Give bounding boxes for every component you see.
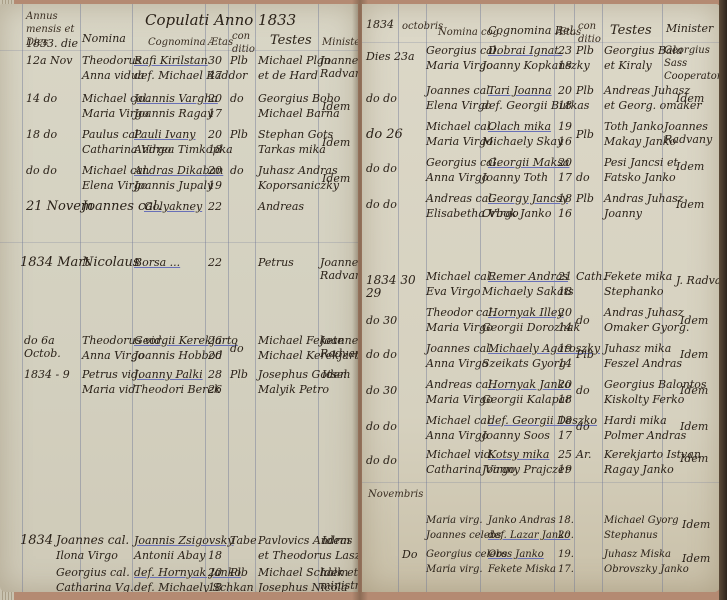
entry-minister: Idem (680, 452, 708, 465)
entry-age-groom: 20 (208, 164, 222, 177)
entry-surname-groom: Oros Janko (488, 548, 544, 561)
entry-witness: Malyik Petro (258, 383, 329, 396)
register-entry: do 26 Michael cal. Maria Virgo Olach mik… (362, 120, 720, 156)
register-entry: 1834 Mart Nicolaus Borsa ... 22 Petrus J… (0, 256, 358, 292)
entry-condition: Plb (230, 566, 248, 579)
entry-age-bride: 17 (208, 107, 222, 120)
header-witnesses: Testes (270, 34, 312, 47)
entry-date: do do (366, 454, 397, 467)
entry-surname-groom: Georgy Jancsy (488, 192, 568, 205)
entry-minister: Idem (322, 100, 350, 113)
entry-witness: Toth Janko (604, 120, 663, 133)
entry-surname-groom: def. Hornyak Janko (134, 566, 241, 579)
entry-witness: Fatsko Janko (604, 171, 676, 184)
entry-witness: Andras Juhasz (604, 192, 684, 205)
entry-bride: Anna Virgo (426, 429, 488, 442)
entry-condition: do (230, 92, 244, 105)
entry-witness: et de Hard (258, 69, 318, 82)
register-entry: do do Michael cal. Anna Virgo def. Georg… (362, 414, 720, 450)
register-entry: 18 do Paulus cal. Catharina Virgo Pauli … (0, 128, 358, 164)
entry-age-bride: 20 (208, 349, 222, 362)
register-entry: 1834 30 29 Michael cal. Eva Virgo Remer … (362, 270, 720, 306)
entry-minister: Georgius Sass Cooperator (664, 44, 718, 83)
entry-age-groom: 20 (558, 306, 572, 319)
entry-age-groom: 22 (208, 200, 222, 213)
entry-date: do do (366, 92, 397, 105)
entry-condition: Plb (230, 368, 248, 381)
header-minister: Minister (666, 22, 713, 35)
page-title: Copulati Anno 1833 (145, 14, 296, 27)
entry-witness: Juhasz mika (604, 342, 671, 355)
entry-surname-groom: Hornyak Illey (488, 306, 564, 319)
register-entry: do do Michael vid. Catharina Virgo Kotsy… (362, 448, 720, 484)
entry-condition: Plb (576, 128, 594, 141)
entry-date: do do (366, 162, 397, 175)
entry-age-groom: 26 (208, 334, 222, 347)
entry-witness: Kiskolty Ferko (604, 393, 684, 406)
header-month: octobris (402, 20, 443, 33)
entry-age-bride: 17. (558, 563, 574, 576)
entry-condition: do (230, 164, 244, 177)
entry-groom: Michael cal. (426, 414, 494, 427)
register-entry: 1834 Joannes cal. Ilona Virgo Joannis Zs… (0, 534, 358, 570)
entry-age-groom: 19 (558, 120, 572, 133)
entry-surname-bride: Fekete Miska (488, 563, 556, 576)
entry-witness: Stephanus (604, 529, 658, 542)
entry-condition: Plb (230, 128, 248, 141)
entry-witness: Ragay Janko (604, 463, 674, 476)
entry-age-bride: 17 (558, 171, 572, 184)
entry-surname-bride: def. Michael Raddor (134, 69, 247, 82)
entry-surname-bride: Antonii Abay (134, 549, 205, 562)
entry-age-groom: 20 (558, 84, 572, 97)
header-surnames: Cognomina (148, 36, 206, 49)
entry-witness: et Kiraly (604, 59, 652, 72)
register-entry: do 30 Theodor cal. Maria Virgo Hornyak I… (362, 306, 720, 342)
entry-witness: Joanny (604, 207, 642, 220)
entry-groom: Theodorus (82, 54, 141, 67)
entry-groom: Joannes cal. (426, 84, 493, 97)
entry-age-bride: 14 (558, 357, 572, 370)
entry-condition: Tabe (230, 534, 257, 547)
left-page: Annus mensis et Dies Copulati Anno 1833 … (0, 4, 358, 592)
entry-age-bride: 17 (558, 429, 572, 442)
entry-surname-groom: Dobrai Ignat. (488, 44, 562, 57)
register-entry: do 30 Andreas cal. Maria Virgo Hornyak J… (362, 378, 720, 414)
entry-age-bride: 16 (558, 135, 572, 148)
entry-minister: Idem (676, 92, 704, 105)
entry-condition: Ar. (576, 448, 592, 461)
entry-age-groom: 18. (558, 514, 574, 527)
register-entry: 1834 - 9 Petrus vid. Maria vid. Joanny P… (0, 368, 358, 404)
entry-age-bride: 18 (208, 143, 222, 156)
entry-surname-groom: Janko Andras (488, 514, 556, 527)
header-names: Nomina (82, 32, 126, 45)
register-entry: 14 do Michael cal. Maria Virgo Joannis V… (0, 92, 358, 128)
entry-groom: Maria virg. (426, 514, 483, 527)
header-witnesses: Testes (610, 24, 652, 37)
entry-surname-groom: Rafi Kirilstan (134, 54, 208, 67)
entry-surname-groom: Joannis Vargha (134, 92, 218, 105)
entry-age-groom: 22 (208, 256, 222, 269)
entry-bride: Ilona Virgo (56, 549, 118, 562)
entry-age-groom: 18 (558, 414, 572, 427)
entry-groom: Theodor cal. (426, 306, 496, 319)
entry-witness: Polmer Andras (604, 429, 686, 442)
register-entry: Maria virg. Joannes celebs Janko Andras … (362, 514, 720, 550)
entry-date: 1834 30 29 (366, 274, 422, 300)
entry-age-bride: 47 (208, 69, 222, 82)
entry-date: Dies 23a (366, 50, 415, 63)
entry-age-bride: 26 (208, 383, 222, 396)
entry-witness: Andreas (258, 200, 304, 213)
entry-age-groom: 20 (208, 92, 222, 105)
entry-age-bride: 19 (558, 463, 572, 476)
entry-surname-bride: def. Michaely Schkan (134, 581, 254, 592)
entry-date: do do (366, 420, 397, 433)
entry-age-bride: 18 (558, 99, 572, 112)
entry-minister: Idem (676, 160, 704, 173)
entry-witness: Michael Gyorg (604, 514, 679, 527)
entry-date: 1834 Mart (20, 256, 90, 269)
entry-surname-groom: Olach mika (488, 120, 551, 133)
entry-date: do 26 (366, 128, 403, 141)
entry-condition: do (576, 420, 590, 433)
entry-age-bride: 16 (558, 207, 572, 220)
entry-condition: do (576, 314, 590, 327)
entry-age-bride: 18 (208, 549, 222, 562)
entry-age-groom: 23 (558, 44, 572, 57)
entry-minister: Idem (680, 384, 708, 397)
entry-minister: Joannes Radvany (320, 54, 356, 80)
register-entry: do 6a Octob. Theodorus vid. Anna Virgo G… (0, 334, 358, 370)
entry-age-groom: 28 (208, 368, 222, 381)
right-page: 1834 octobris Nomina cog. Cognomina Rel.… (362, 4, 720, 592)
entry-age-groom: 20 (208, 566, 222, 579)
entry-age-groom: 20 (208, 128, 222, 141)
entry-witness: Fekete mika (604, 270, 672, 283)
entry-age-groom: 19. (558, 548, 574, 561)
register-entry: 12a Nov Theodorus Anna vidua Rafi Kirils… (0, 54, 358, 90)
entry-minister: Idem ministro (320, 566, 356, 592)
entry-minister: Idem (680, 314, 708, 327)
entry-date: 12a Nov (26, 54, 73, 67)
entry-date: do 30 (366, 384, 397, 397)
register-entry: do do Michael cal. Elena Virgo Andras Di… (0, 164, 358, 200)
entry-age-groom: 20 (558, 378, 572, 391)
entry-age-bride: 20. (558, 529, 574, 542)
entry-date: 1834 - 9 (24, 368, 70, 381)
entry-minister: Idem (322, 368, 350, 381)
entry-age-groom: 18 (558, 192, 572, 205)
register-entry: Dies 23a Georgius cal. Maria Virgo Dobra… (362, 44, 720, 80)
entry-witness: Hardi mika (604, 414, 667, 427)
entry-surname-bride: Joannis Jupaly (134, 179, 213, 192)
entry-minister: Idem (676, 198, 704, 211)
entry-date: 14 do (26, 92, 57, 105)
entry-groom: Michael vid. (426, 448, 494, 461)
entry-condition: do (230, 342, 244, 355)
month-label: Novembris (368, 488, 423, 501)
entry-groom: Georgius cal. (56, 566, 130, 579)
entry-surname-groom: Pauli Ivany (134, 128, 196, 141)
entry-minister: Joannes Radvany (320, 334, 356, 360)
entry-surname-groom: Borsa ... (134, 256, 180, 269)
entry-age-groom: 30 (208, 54, 222, 67)
entry-groom: Michael cal. (426, 270, 494, 283)
entry-witness: et Theodorus Laszko (258, 549, 358, 562)
entry-condition: Plb (576, 44, 594, 57)
entry-minister: Idem (680, 420, 708, 433)
entry-witness: Andras Juhasz (604, 306, 684, 319)
entry-groom: Petrus vid. (82, 368, 142, 381)
entry-witness: Tarkas mika (258, 143, 326, 156)
entry-date: Do (402, 548, 417, 561)
entry-groom: Nicolaus (82, 256, 140, 269)
entry-date: do do (366, 198, 397, 211)
entry-groom: Joannes cal. (426, 342, 493, 355)
entry-surname-bride: def. Georgii Butkas (482, 99, 589, 112)
entry-bride: Maria vid. (82, 383, 139, 396)
entry-surname-groom: Joannis Zsigovsky (134, 534, 234, 547)
entry-groom: Joannes cal. (56, 534, 129, 547)
header-year: 1833. die (26, 37, 78, 50)
header-age: Ætas (208, 36, 233, 49)
entry-surname-groom: Joanny Palki (134, 368, 203, 381)
entry-witness: Juhasz Miska (604, 548, 671, 561)
register-entry: do do Andreas cal. Elisabetha Virgo Geor… (362, 192, 720, 228)
entry-age-groom: 20 (558, 156, 572, 169)
book-cover-edge (719, 0, 727, 600)
entry-condition: Plb (576, 348, 594, 361)
ruling-line (362, 482, 720, 483)
entry-date: do 30 (366, 314, 397, 327)
entry-surname-groom: Remer Andras (488, 270, 568, 283)
register-entry: do do Joannes cal. Anna Virgo Michaely A… (362, 342, 720, 378)
entry-minister: Idem (682, 518, 710, 531)
entry-age-bride: 18 (558, 59, 572, 72)
entry-age-bride: 18 (558, 393, 572, 406)
entry-bride: Eva Virgo (426, 285, 481, 298)
entry-surname-groom: Golyakney (144, 200, 202, 213)
entry-surname-bride: Orbok Janko (482, 207, 551, 220)
register-entry: Georgius cal. Catharina Vg. def. Hornyak… (0, 566, 358, 592)
entry-age-bride: 14 (558, 321, 572, 334)
entry-condition: Cath. (576, 270, 606, 283)
entry-bride: Catharina Vg. (56, 581, 133, 592)
entry-date: do 6a Octob. (24, 334, 78, 360)
entry-witness: Stephanko (604, 285, 664, 298)
entry-witness: Pesi Jancsi et (604, 156, 678, 169)
entry-minister: Idem (322, 534, 350, 547)
entry-witness: Feszel Andras (604, 357, 682, 370)
entry-minister: Joannes Radvany (320, 256, 356, 282)
register-entry: Do Georgius celebs Maria virg. Oros Jank… (362, 548, 720, 584)
entry-date: 18 do (26, 128, 57, 141)
entry-minister: Joannes Radvany (664, 120, 718, 146)
entry-condition: Plb (576, 84, 594, 97)
entry-surname-bride: Joanny Prajczer (482, 463, 570, 476)
entry-witness: Petrus (258, 256, 294, 269)
entry-date: do do (26, 164, 57, 177)
entry-condition: do (576, 384, 590, 397)
entry-surname-groom: Tari Joanna (488, 84, 552, 97)
entry-surname-groom: Kotsy mika (488, 448, 550, 461)
ruling-line (0, 242, 358, 243)
header-rule (0, 50, 358, 51)
entry-age-bride: 18 (558, 285, 572, 298)
register-entry: do do Georgius cal. Anna Virgo Georgii M… (362, 156, 720, 192)
entry-surname-bride: Joanny Soos (482, 429, 550, 442)
entry-groom: Andreas cal. (426, 192, 495, 205)
header-condition: con ditio (232, 30, 254, 56)
entry-minister: J. Radvany (676, 274, 720, 287)
entry-age-bride: 19 (208, 179, 222, 192)
entry-surname-bride: Joanny Kopkanszky (482, 59, 590, 72)
entry-condition: do (576, 171, 590, 184)
entry-minister: Idem (680, 348, 708, 361)
entry-date: 1834 (20, 534, 53, 547)
entry-age-groom: 21 (558, 270, 572, 283)
entry-age-groom: 25 (558, 448, 572, 461)
entry-surname-bride: Joannis Ragay (134, 107, 213, 120)
entry-age-bride: 18 (208, 581, 222, 592)
entry-minister: Idem (322, 172, 350, 185)
entry-condition: Plb (576, 192, 594, 205)
entry-surname-bride: Joanny Toth (482, 171, 548, 184)
header-rule (362, 42, 720, 43)
entry-groom: Andreas cal. (426, 378, 495, 391)
register-entry: do do Joannes cal. Elena Virgo Tari Joan… (362, 84, 720, 120)
entry-surname-bride: Michaely Skay (482, 135, 563, 148)
entry-witness: Obrovszky Janko (604, 563, 689, 576)
entry-groom: Michael cal. (426, 120, 494, 133)
entry-age-groom: 19 (558, 342, 572, 355)
entry-witness: Omaker Gyorg. (604, 321, 689, 334)
entry-minister: Idem (322, 136, 350, 149)
entry-bride: Anna Virgo (426, 171, 488, 184)
entry-minister: Idem (682, 552, 710, 565)
header-year: 1834 (366, 18, 394, 31)
entry-surname-bride: Szeikats Gyorg (482, 357, 566, 370)
entry-date: do do (366, 348, 397, 361)
entry-condition: Plb (230, 54, 248, 67)
entry-bride: Anna Virgo (426, 357, 488, 370)
register-entry: 21 Novem Joannes cal. Golyakney 22 Andre… (0, 200, 358, 236)
entry-bride: Maria virg. (426, 563, 483, 576)
entry-surname-groom: Georgii Kerekjarto (134, 334, 238, 347)
open-register-book: Annus mensis et Dies Copulati Anno 1833 … (0, 0, 727, 600)
